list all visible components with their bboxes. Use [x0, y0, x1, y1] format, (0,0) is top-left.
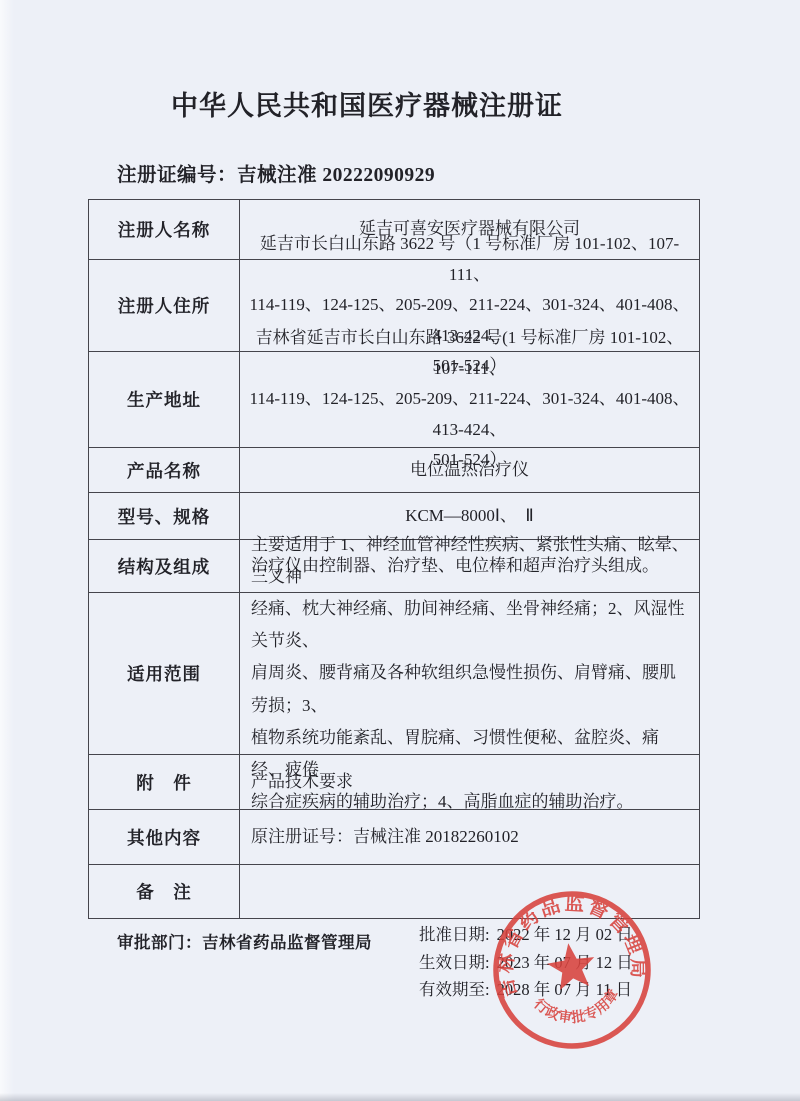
page-title: 中华人民共和国医疗器械注册证 — [0, 84, 734, 123]
row-label: 适用范围 — [89, 593, 240, 754]
row-value — [240, 865, 699, 918]
row-value: 主要适用于 1、神经血管神经性疾病、紧张性头痛、眩晕、三叉神 经痛、枕大神经痛、… — [240, 593, 699, 754]
date-lines: 批准日期:2022 年 12 月 02 日生效日期:2023 年 07 月 12… — [419, 921, 633, 1004]
date-line: 有效期至:2028 年 07 月 11 日 — [419, 976, 633, 1004]
row-label: 备 注 — [89, 865, 240, 918]
date-line: 生效日期:2023 年 07 月 12 日 — [419, 949, 633, 977]
row-label: 产品名称 — [89, 448, 240, 492]
row-label: 附 件 — [89, 755, 240, 809]
row-label: 注册人住所 — [89, 260, 240, 351]
date-label: 生效日期: — [419, 953, 490, 972]
registration-number-label: 注册证编号： — [117, 165, 237, 186]
date-value: 2028 年 07 月 11 日 — [497, 980, 633, 999]
date-label: 有效期至: — [419, 980, 490, 999]
scan-bottom-shadow — [0, 1093, 800, 1101]
row-value: 原注册证号：吉械注准 20182260102 — [240, 810, 699, 864]
row-label: 结构及组成 — [89, 540, 240, 592]
certificate-table: 注册人名称延吉可喜安医疗器械有限公司注册人住所延吉市长白山东路 3622 号（1… — [88, 199, 700, 919]
table-row: 产品名称电位温热治疗仪 — [89, 447, 699, 492]
date-value: 2022 年 12 月 02 日 — [497, 925, 633, 944]
row-label: 注册人名称 — [89, 200, 240, 259]
certificate-page: 中华人民共和国医疗器械注册证 注册证编号：吉械注准 20222090929 注册… — [0, 0, 800, 1101]
date-value: 2023 年 07 月 12 日 — [497, 953, 633, 972]
approval-department-label: 审批部门： — [117, 934, 202, 952]
row-label: 生产地址 — [89, 352, 240, 447]
row-value: 吉林省延吉市长白山东路 3622 号(1 号标准厂房 101-102、107-1… — [240, 352, 699, 447]
row-label: 其他内容 — [89, 810, 240, 864]
table-row: 备 注 — [89, 864, 699, 918]
table-row: 附 件产品技术要求 — [89, 754, 699, 809]
row-value: 电位温热治疗仪 — [240, 448, 699, 492]
approval-department-value: 吉林省药品监督管理局 — [202, 934, 372, 952]
row-value: 产品技术要求 — [240, 755, 699, 809]
table-row: 适用范围主要适用于 1、神经血管神经性疾病、紧张性头痛、眩晕、三叉神 经痛、枕大… — [89, 592, 699, 754]
date-label: 批准日期: — [419, 925, 490, 944]
registration-number-value: 吉械注准 20222090929 — [237, 165, 435, 186]
registration-number-line: 注册证编号：吉械注准 20222090929 — [117, 159, 435, 187]
date-line: 批准日期:2022 年 12 月 02 日 — [419, 921, 633, 949]
approval-department-line: 审批部门：吉林省药品监督管理局 — [117, 929, 372, 953]
row-label: 型号、规格 — [89, 493, 240, 539]
table-row: 其他内容原注册证号：吉械注准 20182260102 — [89, 809, 699, 864]
table-row: 生产地址吉林省延吉市长白山东路 3622 号(1 号标准厂房 101-102、1… — [89, 351, 699, 447]
